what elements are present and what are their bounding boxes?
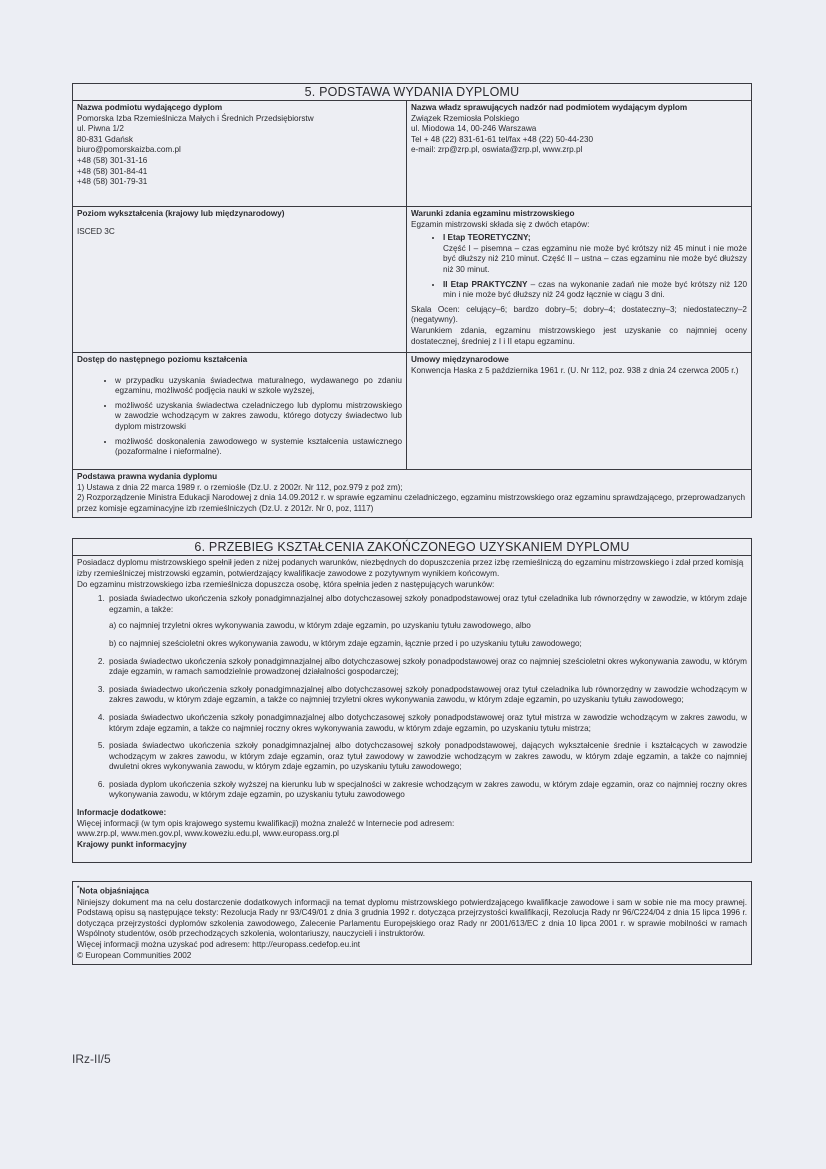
- issuer-email: biuro@pomorskaizba.com.pl: [77, 145, 402, 156]
- condition-text: posiada świadectwo ukończenia szkoły pon…: [109, 594, 747, 614]
- issuer-phone: +48 (58) 301-31-16: [77, 156, 402, 167]
- additional-info-links[interactable]: www.zrp.pl, www.men.gov.pl, www.koweziu.…: [77, 829, 747, 840]
- section-6-body: Posiadacz dyplomu mistrzowskiego spełnił…: [73, 556, 751, 862]
- condition-item: posiada świadectwo ukończenia szkoły pon…: [107, 685, 747, 706]
- exam-stages: I Etap TEORETYCZNY; Część I – pisemna – …: [411, 233, 747, 301]
- issuer-line: 80-831 Gdańsk: [77, 135, 402, 146]
- legal-cell: Podstawa prawna wydania dyplomu 1) Ustaw…: [73, 470, 751, 517]
- access-item: możliwość uzyskania świadectwa czeladnic…: [115, 401, 402, 433]
- stage-2-title: II Etap PRAKTYCZNY: [443, 280, 527, 289]
- note-label: *Nota objaśniająca: [77, 884, 747, 897]
- document-page: 5. PODSTAWA WYDANIA DYPLOMU Nazwa podmio…: [72, 83, 752, 965]
- authority-line: Związek Rzemiosła Polskiego: [411, 114, 747, 125]
- stage-2: II Etap PRAKTYCZNY – czas na wykonanie z…: [443, 280, 747, 301]
- grading-scale: Skala Ocen: celujący–6; bardzo dobry–5; …: [411, 305, 747, 326]
- row-issuer-authority: Nazwa podmiotu wydającego dyplom Pomorsk…: [73, 101, 751, 207]
- authority-contact: e-mail: zrp@zrp.pl, oswiata@zrp.pl, www.…: [411, 145, 747, 156]
- issuer-line: ul. Piwna 1/2: [77, 124, 402, 135]
- note-body: *Nota objaśniająca Niniejszy dokument ma…: [73, 882, 751, 964]
- section-5: 5. PODSTAWA WYDANIA DYPLOMU Nazwa podmio…: [72, 83, 752, 518]
- authority-label: Nazwa władz sprawujących nadzór nad podm…: [411, 103, 747, 114]
- issuer-label: Nazwa podmiotu wydającego dyplom: [77, 103, 402, 114]
- section-5-title: 5. PODSTAWA WYDANIA DYPLOMU: [73, 84, 751, 101]
- authority-line: ul. Miodowa 14, 00-246 Warszawa: [411, 124, 747, 135]
- conditions-list: posiada świadectwo ukończenia szkoły pon…: [77, 594, 747, 801]
- national-point-label: Krajowy punkt informacyjny: [77, 840, 747, 851]
- condition-item: posiada świadectwo ukończenia szkoły pon…: [107, 741, 747, 773]
- level-label: Poziom wykształcenia (krajowy lub między…: [77, 209, 402, 220]
- row-legal-basis: Podstawa prawna wydania dyplomu 1) Ustaw…: [73, 470, 751, 517]
- agreements-cell: Umowy międzynarodowe Konwencja Haska z 5…: [407, 353, 751, 469]
- issuer-cell: Nazwa podmiotu wydającego dyplom Pomorsk…: [73, 101, 407, 206]
- section-6-title: 6. PRZEBIEG KSZTAŁCENIA ZAKOŃCZONEGO UZY…: [73, 539, 751, 556]
- sub-condition: a) co najmniej trzyletni okres wykonywan…: [109, 621, 747, 632]
- level-cell: Poziom wykształcenia (krajowy lub między…: [73, 207, 407, 352]
- row-level-exam: Poziom wykształcenia (krajowy lub między…: [73, 207, 751, 353]
- authority-cell: Nazwa władz sprawujących nadzór nad podm…: [407, 101, 751, 206]
- level-value: ISCED 3C: [77, 227, 402, 238]
- condition-item: posiada świadectwo ukończenia szkoły pon…: [107, 657, 747, 678]
- issuer-phone: +48 (58) 301-79-31: [77, 177, 402, 188]
- exam-label: Warunki zdania egzaminu mistrzowskiego: [411, 209, 747, 220]
- section-6: 6. PRZEBIEG KSZTAŁCENIA ZAKOŃCZONEGO UZY…: [72, 538, 752, 863]
- access-label: Dostęp do następnego poziomu kształcenia: [77, 355, 402, 366]
- access-item: w przypadku uzyskania świadectwa matural…: [115, 376, 402, 397]
- additional-info-label: Informacje dodatkowe:: [77, 808, 747, 819]
- issuer-line: Pomorska Izba Rzemieślnicza Małych i Śre…: [77, 114, 402, 125]
- stage-1-text: Część I – pisemna – czas egzaminu nie mo…: [443, 244, 747, 276]
- agreements-text: Konwencja Haska z 5 października 1961 r.…: [411, 366, 747, 377]
- form-code: IRz-II/5: [72, 1052, 111, 1066]
- access-item: możliwość doskonalenia zawodowego w syst…: [115, 437, 402, 458]
- stage-1-title: I Etap TEORETYCZNY;: [443, 233, 531, 242]
- section-6-intro-2: Do egzaminu mistrzowskiego izba rzemieśl…: [77, 580, 747, 591]
- legal-line: 1) Ustawa z dnia 22 marca 1989 r. o rzem…: [77, 483, 747, 494]
- agreements-label: Umowy międzynarodowe: [411, 355, 747, 366]
- sub-condition: b) co najmniej sześcioletni okres wykony…: [109, 639, 747, 650]
- pass-condition: Warunkiem zdania, egzaminu mistrzowskieg…: [411, 326, 747, 347]
- access-cell: Dostęp do następnego poziomu kształcenia…: [73, 353, 407, 469]
- additional-info-text: Więcej informacji (w tym opis krajowego …: [77, 819, 747, 830]
- legal-line: 2) Rozporządzenie Ministra Edukacji Naro…: [77, 493, 747, 514]
- issuer-phone: +48 (58) 301-84-41: [77, 167, 402, 178]
- explanatory-note: *Nota objaśniająca Niniejszy dokument ma…: [72, 881, 752, 965]
- note-text: Niniejszy dokument ma na celu dostarczen…: [77, 898, 747, 940]
- authority-line: Tel + 48 (22) 831-61-61 tel/fax +48 (22)…: [411, 135, 747, 146]
- exam-cell: Warunki zdania egzaminu mistrzowskiego E…: [407, 207, 751, 352]
- note-more-info[interactable]: Więcej informacji można uzyskać pod adre…: [77, 940, 747, 951]
- access-list: w przypadku uzyskania świadectwa matural…: [77, 376, 402, 458]
- exam-intro: Egzamin mistrzowski składa się z dwóch e…: [411, 220, 747, 231]
- stage-1: I Etap TEORETYCZNY; Część I – pisemna – …: [443, 233, 747, 275]
- condition-item: posiada dyplom ukończenia szkoły wyższej…: [107, 780, 747, 801]
- note-copyright: © European Communities 2002: [77, 951, 747, 962]
- legal-label: Podstawa prawna wydania dyplomu: [77, 472, 747, 483]
- condition-item: posiada świadectwo ukończenia szkoły pon…: [107, 594, 747, 649]
- section-6-intro: Posiadacz dyplomu mistrzowskiego spełnił…: [77, 558, 747, 579]
- row-access-agreements: Dostęp do następnego poziomu kształcenia…: [73, 353, 751, 470]
- sub-conditions: a) co najmniej trzyletni okres wykonywan…: [109, 621, 747, 649]
- condition-item: posiada świadectwo ukończenia szkoły pon…: [107, 713, 747, 734]
- note-label-text: Nota objaśniająca: [79, 887, 149, 896]
